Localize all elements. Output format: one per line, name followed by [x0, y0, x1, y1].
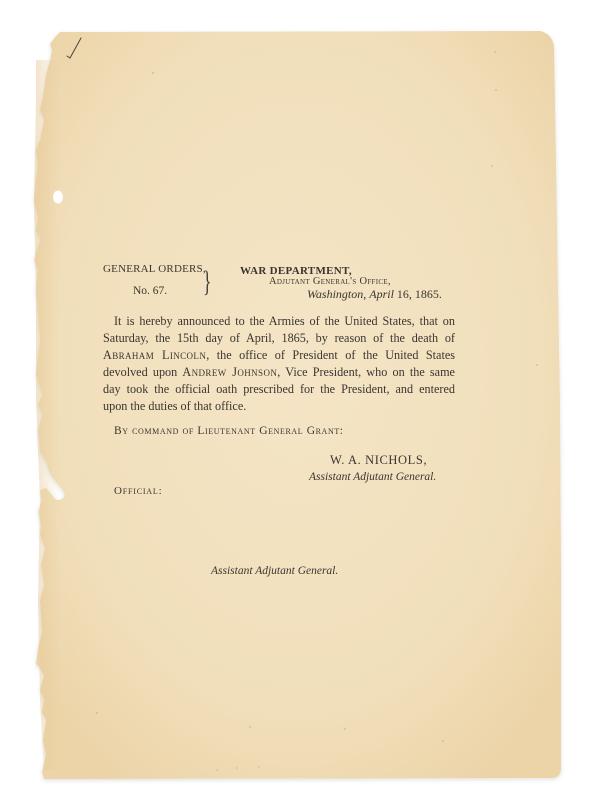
paragraph-line: upon the duties of that office. [103, 398, 455, 415]
official-title: Assistant Adjutant General. [211, 565, 338, 577]
dateline: Washington, April 16, 1865. [307, 287, 442, 302]
dateline-month: April [369, 287, 394, 301]
dateline-day-year: 16, 1865. [394, 287, 442, 301]
dateline-place: Washington [307, 287, 363, 301]
signer-title: Assistant Adjutant General. [309, 471, 436, 483]
announcement-paragraph: It is hereby announced to the Armies of … [103, 313, 455, 415]
signer-name: W. A. NICHOLS, [330, 453, 427, 468]
name-abraham-lincoln: Abraham Lincoln [103, 348, 206, 362]
official-label: Official: [114, 485, 162, 497]
paragraph-line: day took the official oath prescribed fo… [103, 381, 455, 398]
paragraph-line: devolved upon Andrew Johnson, Vice Presi… [103, 364, 455, 381]
document-text: GENERAL ORDERS, No. 67. } WAR DEPARTMENT… [0, 0, 596, 800]
paragraph-line: Abraham Lincoln, the office of President… [103, 347, 455, 364]
office-name: Adjutant General's Office, [269, 276, 391, 287]
brace-icon: } [203, 267, 212, 297]
general-orders-label: GENERAL ORDERS, [103, 263, 206, 275]
paragraph-line: It is hereby announced to the Armies of … [103, 313, 455, 330]
order-number: No. 67. [133, 285, 167, 297]
command-line: By command of Lieutenant General Grant: [114, 425, 344, 437]
name-andrew-johnson: Andrew Johnson [182, 365, 277, 379]
paragraph-line: Saturday, the 15th day of April, 1865, b… [103, 330, 455, 347]
photo-stage: GENERAL ORDERS, No. 67. } WAR DEPARTMENT… [0, 0, 596, 800]
